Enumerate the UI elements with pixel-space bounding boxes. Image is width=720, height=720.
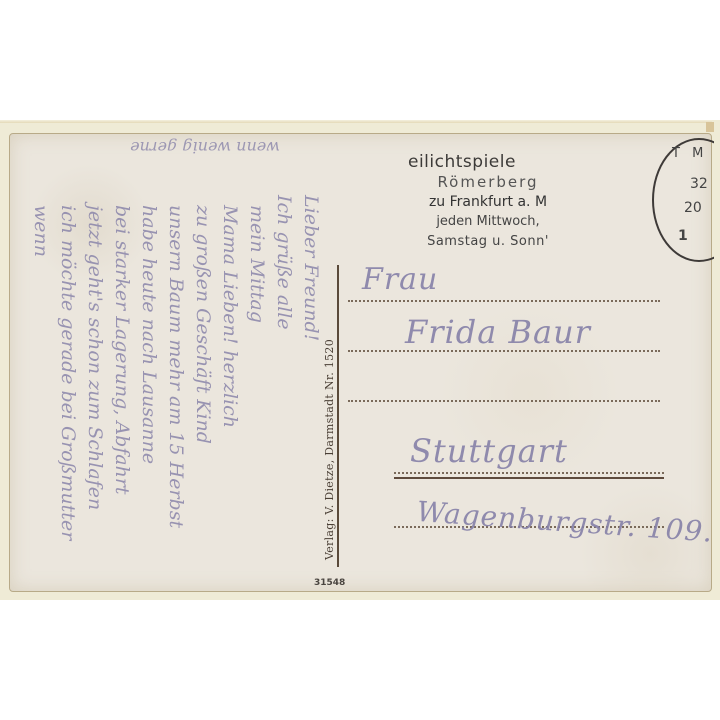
cancel-line-2: Römerberg: [398, 172, 578, 192]
postmark-top-text: T M: [672, 146, 707, 161]
address-city: Stuttgart: [410, 432, 568, 470]
cancel-line-1: eilichtspiele: [398, 152, 578, 172]
message-line: bei starker Lagerung, Abfahrt: [111, 205, 133, 495]
message-line: mein Mittag: [246, 205, 268, 323]
mat-corner: [706, 122, 714, 132]
postmark-line-3: 1: [678, 228, 688, 244]
message-line: habe heute nach Lausanne: [138, 205, 160, 464]
slogan-cancellation: eilichtspiele Römerberg zu Frankfurt a. …: [398, 152, 578, 252]
postmark-line-2: 20: [684, 200, 702, 216]
serial-number: 31548: [314, 578, 345, 588]
address-line-1: [348, 300, 660, 302]
cancel-line-5: Samstag u. Sonn': [398, 232, 578, 252]
message-line: unsern Baum mehr am 15 Herbst: [165, 205, 187, 528]
message-line: jetzt geht's schon zum Schlafen: [84, 205, 106, 510]
publisher-imprint: Verlag: V. Dietze, Darmstadt Nr. 1520: [323, 339, 336, 560]
message-line: wenn: [30, 205, 52, 257]
address-line-3: [348, 400, 660, 402]
address-line-4-underline: [394, 477, 664, 479]
address-line-4: [394, 472, 664, 474]
postcard-divider-line: [337, 265, 339, 567]
address-name: Frida Baur: [405, 313, 591, 351]
mat-edge: [0, 120, 712, 123]
message-line: Mama Lieben! herzlich: [219, 205, 241, 428]
message-top-line: wenn wenig gerne: [40, 138, 280, 157]
cancel-line-3: zu Frankfurt a. M: [398, 192, 578, 212]
message-line: ich möchte gerade bei Großmutter: [57, 205, 79, 540]
message-line: Lieber Freund!: [300, 195, 322, 341]
postmark-line-1: 32: [690, 176, 708, 192]
address-salutation: Frau: [362, 262, 438, 297]
message-line: Ich grüße alle: [273, 195, 295, 330]
message-line: zu großen Geschäft Kind: [192, 205, 214, 444]
cancel-line-4: jeden Mittwoch,: [398, 212, 578, 232]
